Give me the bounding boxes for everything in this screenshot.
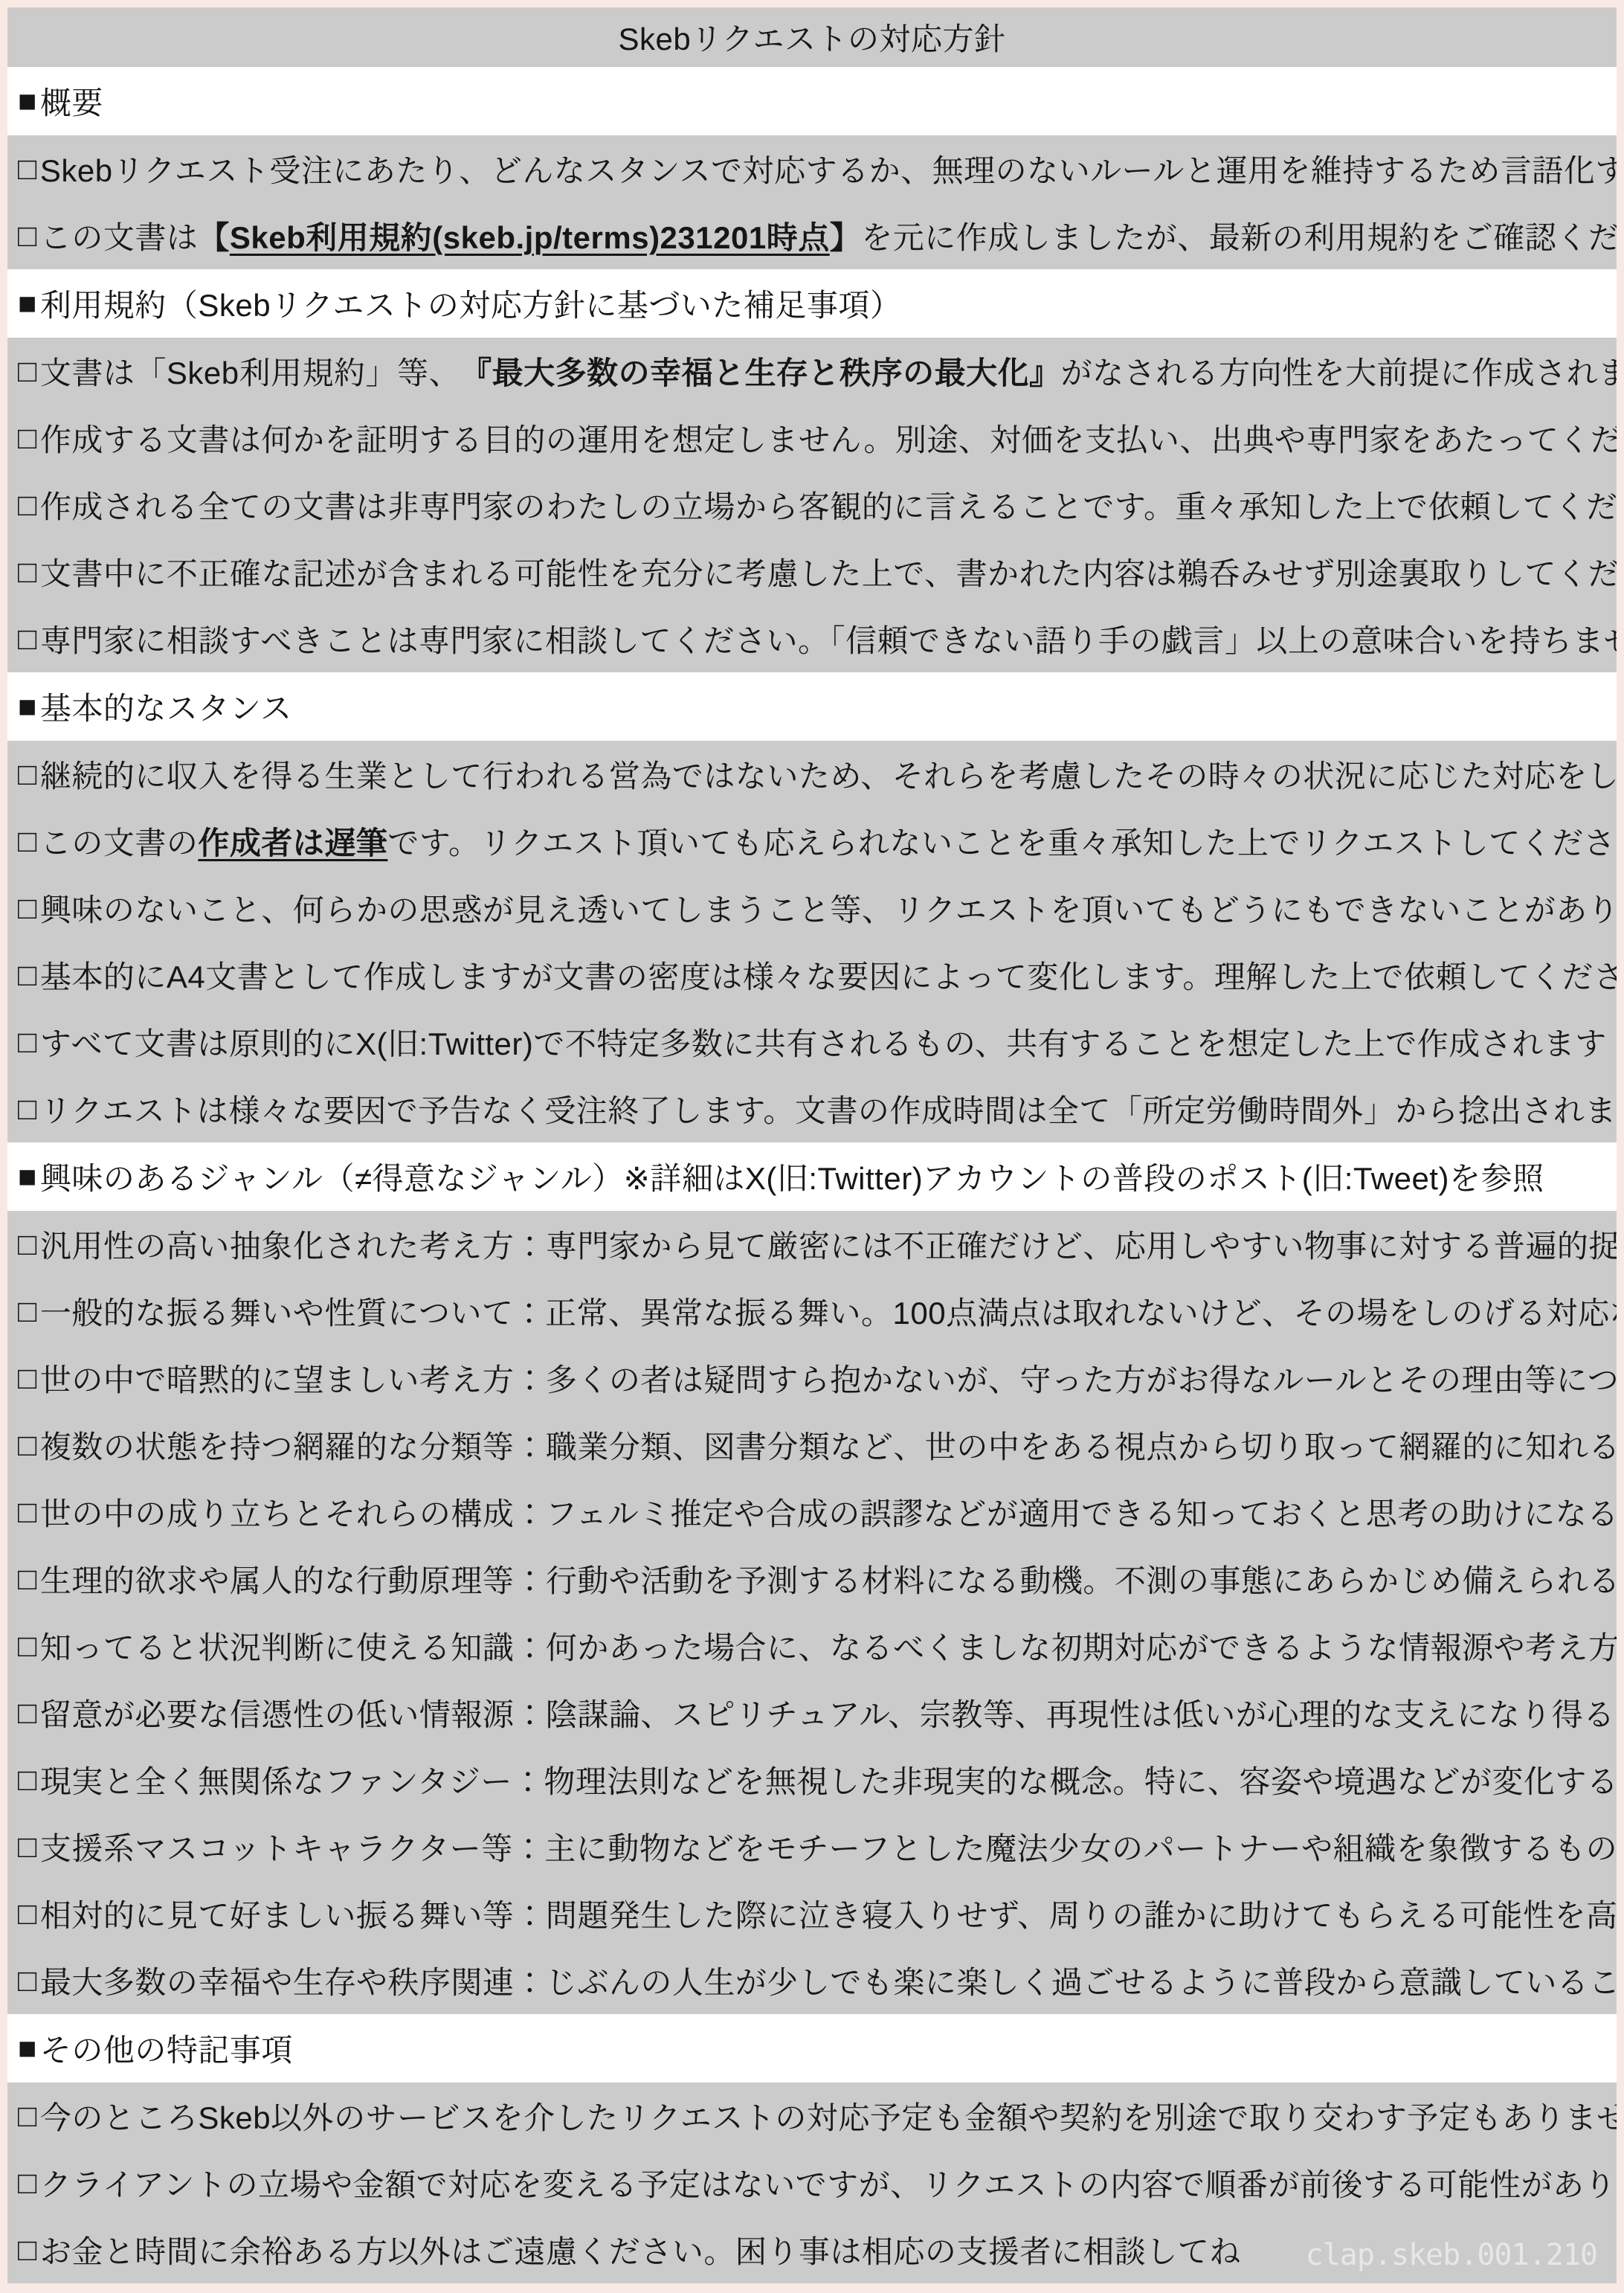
policy-item: □文書は「Skeb利用規約」等、『最大多数の幸福と生存と秩序の最大化』がなされる…	[7, 338, 1617, 405]
item-text: 最大多数の幸福や生存や秩序関連：じぶんの人生が少しでも楽に楽しく過ごせるように普…	[40, 1958, 1617, 2003]
checkbox-icon: □	[18, 2232, 37, 2268]
item-text: この文書の	[40, 819, 199, 864]
item-text: 文書は「Skeb利用規約」等、	[40, 349, 460, 393]
policy-item: □汎用性の高い抽象化された考え方：専門家から見て厳密には不正確だけど、応用しやす…	[7, 1211, 1617, 1278]
policy-item: □留意が必要な信憑性の低い情報源：陰謀論、スピリチュアル、宗教等、再現性は低いが…	[7, 1679, 1617, 1746]
item-text: 世の中で暗黙的に望ましい考え方：多くの者は疑問すら抱かないが、守った方がお得なル…	[40, 1356, 1617, 1400]
policy-item: □この文書は【Skeb利用規約(skeb.jp/terms)231201時点】を…	[7, 202, 1617, 269]
checkbox-icon: □	[18, 1427, 37, 1463]
policy-item: □知ってると状況判断に使える知識：何かあった場合に、なるべくましな初期対応ができ…	[7, 1612, 1617, 1679]
policy-item: □今のところSkeb以外のサービスを介したリクエストの対応予定も金額や契約を別途…	[7, 2083, 1617, 2149]
item-text: 今のところSkeb以外のサービスを介したリクエストの対応予定も金額や契約を別途で…	[40, 2094, 1617, 2138]
terms-link[interactable]: Skeb利用規約(skeb.jp/terms)231201時点	[230, 213, 830, 258]
checkbox-icon: □	[18, 1561, 37, 1597]
section-marker-icon: ■	[18, 83, 37, 119]
item-text: 『最大多数の幸福と生存と秩序の最大化』	[460, 349, 1061, 393]
checkbox-icon: □	[18, 353, 37, 389]
item-text: 生理的欲求や属人的な行動原理等：行動や活動を予測する材料になる動機。不測の事態に…	[40, 1557, 1617, 1601]
item-text: 相対的に見て好ましい振る舞い等：問題発生した際に泣き寝入りせず、周りの誰かに助け…	[40, 1891, 1617, 1936]
document-title-row: Skebリクエストの対応方針	[7, 7, 1617, 67]
checkbox-icon: □	[18, 487, 37, 523]
item-text: この文書は	[40, 213, 199, 258]
item-text: 複数の状態を持つ網羅的な分類等：職業分類、図書分類など、世の中をある視点から切り…	[40, 1423, 1617, 1467]
item-text: 作成者は遅筆	[198, 819, 387, 864]
checkbox-icon: □	[18, 420, 37, 456]
checkbox-icon: □	[18, 1896, 37, 1932]
document-title: Skebリクエストの対応方針	[618, 15, 1005, 60]
item-text: 一般的な振る舞いや性質について：正常、異常な振る舞い。100点満点は取れないけど…	[40, 1289, 1617, 1334]
policy-item: □最大多数の幸福や生存や秩序関連：じぶんの人生が少しでも楽に楽しく過ごせるように…	[7, 1947, 1617, 2014]
section-marker-icon: ■	[18, 286, 37, 321]
checkbox-icon: □	[18, 554, 37, 590]
section-header: ■概要	[7, 67, 1617, 135]
checkbox-icon: □	[18, 1024, 37, 1060]
checkbox-icon: □	[18, 823, 37, 859]
item-text: です。リクエスト頂いても応えられないことを重々承知した上でリクエストしてください	[387, 819, 1617, 864]
checkbox-icon: □	[18, 1293, 37, 1329]
section-header-label: 利用規約（Skebリクエストの対応方針に基づいた補足事項）	[40, 281, 902, 326]
policy-item: □興味のないこと、何らかの思惑が見え透いてしまうこと等、リクエストを頂いてもどう…	[7, 875, 1617, 942]
checkbox-icon: □	[18, 1360, 37, 1396]
section-marker-icon: ■	[18, 689, 37, 724]
section-header: ■その他の特記事項	[7, 2014, 1617, 2083]
policy-item: □すべて文書は原則的にX(旧:Twitter)で不特定多数に共有されるもの、共有…	[7, 1009, 1617, 1075]
policy-item: □生理的欲求や属人的な行動原理等：行動や活動を予測する材料になる動機。不測の事態…	[7, 1546, 1617, 1612]
item-text: 汎用性の高い抽象化された考え方：専門家から見て厳密には不正確だけど、応用しやすい…	[40, 1222, 1617, 1267]
item-text: 作成される全ての文書は非専門家のわたしの立場から客観的に言えることです。重々承知…	[40, 483, 1617, 527]
item-text: 文書中に不正確な記述が含まれる可能性を充分に考慮した上で、書かれた内容は鵜呑みせ…	[40, 550, 1617, 594]
checkbox-icon: □	[18, 151, 37, 187]
section-header-label: 基本的なスタンス	[40, 684, 292, 729]
checkbox-icon: □	[18, 1762, 37, 1798]
item-text: クライアントの立場や金額で対応を変える予定はないですが、リクエストの内容で順番が…	[40, 2161, 1617, 2205]
policy-item: □Skebリクエスト受注にあたり、どんなスタンスで対応するか、無理のないルールと…	[7, 135, 1617, 202]
policy-item: □複数の状態を持つ網羅的な分類等：職業分類、図書分類など、世の中をある視点から切…	[7, 1412, 1617, 1479]
section-header: ■興味のあるジャンル（≠得意なジャンル）※詳細はX(旧:Twitter)アカウン…	[7, 1142, 1617, 1211]
policy-item: □文書中に不正確な記述が含まれる可能性を充分に考慮した上で、書かれた内容は鵜呑み…	[7, 538, 1617, 605]
item-text: Skebリクエスト受注にあたり、どんなスタンスで対応するか、無理のないルールと運…	[40, 147, 1617, 191]
item-text: を元に作成しましたが、最新の利用規約をご確認ください	[861, 213, 1617, 258]
policy-item: □お金と時間に余裕ある方以外はご遠慮ください。困り事は相応の支援者に相談してね	[7, 2216, 1617, 2283]
policy-item: □相対的に見て好ましい振る舞い等：問題発生した際に泣き寝入りせず、周りの誰かに助…	[7, 1880, 1617, 1947]
item-text: 】	[830, 213, 862, 258]
section-header-label: その他の特記事項	[40, 2026, 293, 2071]
checkbox-icon: □	[18, 2098, 37, 2134]
checkbox-icon: □	[18, 957, 37, 993]
checkbox-icon: □	[18, 1695, 37, 1731]
policy-table: Skebリクエストの対応方針 ■概要□Skebリクエスト受注にあたり、どんなスタ…	[7, 7, 1617, 2293]
checkbox-icon: □	[18, 1829, 37, 1865]
section-header-label: 興味のあるジャンル（≠得意なジャンル）※詳細はX(旧:Twitter)アカウント…	[40, 1154, 1544, 1199]
item-text: 支援系マスコットキャラクター等：主に動物などをモチーフとした魔法少女のパートナー…	[40, 1824, 1617, 1869]
item-text: 専門家に相談すべきことは専門家に相談してください。「信頼できない語り手の戯言」以…	[40, 617, 1617, 661]
item-text: がなされる方向性を大前提に作成されます	[1061, 349, 1617, 393]
checkbox-icon: □	[18, 1091, 37, 1127]
item-text: リクエストは様々な要因で予告なく受注終了します。文書の作成時間は全て「所定労働時…	[40, 1087, 1617, 1131]
checkbox-icon: □	[18, 1963, 37, 1998]
item-text: 興味のないこと、何らかの思惑が見え透いてしまうこと等、リクエストを頂いてもどうに…	[40, 886, 1617, 930]
policy-item: □継続的に収入を得る生業として行われる営為ではないため、それらを考慮したその時々…	[7, 741, 1617, 808]
item-text: 知ってると状況判断に使える知識：何かあった場合に、なるべくましな初期対応ができる…	[40, 1624, 1617, 1668]
checkbox-icon: □	[18, 621, 37, 657]
item-text: 継続的に収入を得る生業として行われる営為ではないため、それらを考慮したその時々の…	[40, 752, 1617, 797]
item-text: お金と時間に余裕ある方以外はご遠慮ください。困り事は相応の支援者に相談してね	[40, 2228, 1241, 2272]
policy-item: □作成する文書は何かを証明する目的の運用を想定しません。別途、対価を支払い、出典…	[7, 405, 1617, 472]
item-text: 作成する文書は何かを証明する目的の運用を想定しません。別途、対価を支払い、出典や…	[40, 416, 1617, 460]
section-header: ■基本的なスタンス	[7, 672, 1617, 741]
policy-item: □現実と全く無関係なファンタジー：物理法則などを無視した非現実的な概念。特に、容…	[7, 1746, 1617, 1813]
policy-item: □世の中で暗黙的に望ましい考え方：多くの者は疑問すら抱かないが、守った方がお得な…	[7, 1345, 1617, 1412]
policy-item: □作成される全ての文書は非専門家のわたしの立場から客観的に言えることです。重々承…	[7, 472, 1617, 538]
item-text: 留意が必要な信憑性の低い情報源：陰謀論、スピリチュアル、宗教等、再現性は低いが心…	[40, 1691, 1617, 1735]
policy-item: □この文書の作成者は遅筆です。リクエスト頂いても応えられないことを重々承知した上…	[7, 808, 1617, 875]
checkbox-icon: □	[18, 1226, 37, 1262]
policy-item: □リクエストは様々な要因で予告なく受注終了します。文書の作成時間は全て「所定労働…	[7, 1075, 1617, 1142]
checkbox-icon: □	[18, 1494, 37, 1530]
checkbox-icon: □	[18, 756, 37, 792]
checkbox-icon: □	[18, 890, 37, 926]
section-header-label: 概要	[40, 79, 103, 123]
policy-item: □世の中の成り立ちとそれらの構成：フェルミ推定や合成の誤謬などが適用できる知って…	[7, 1479, 1617, 1546]
section-marker-icon: ■	[18, 2030, 37, 2066]
item-text: 【	[198, 213, 230, 258]
policy-item: □支援系マスコットキャラクター等：主に動物などをモチーフとした魔法少女のパートナ…	[7, 1813, 1617, 1880]
policy-item: □クライアントの立場や金額で対応を変える予定はないですが、リクエストの内容で順番…	[7, 2149, 1617, 2216]
item-text: 世の中の成り立ちとそれらの構成：フェルミ推定や合成の誤謬などが適用できる知ってお…	[40, 1490, 1617, 1534]
policy-item: □基本的にA4文書として作成しますが文書の密度は様々な要因によって変化します。理…	[7, 942, 1617, 1009]
section-header: ■利用規約（Skebリクエストの対応方針に基づいた補足事項）	[7, 269, 1617, 338]
item-text: すべて文書は原則的にX(旧:Twitter)で不特定多数に共有されるもの、共有す…	[40, 1020, 1607, 1064]
checkbox-icon: □	[18, 218, 37, 254]
section-marker-icon: ■	[18, 1159, 37, 1194]
item-text: 現実と全く無関係なファンタジー：物理法則などを無視した非現実的な概念。特に、容姿…	[40, 1757, 1617, 1802]
policy-item: □一般的な振る舞いや性質について：正常、異常な振る舞い。100点満点は取れないけ…	[7, 1278, 1617, 1345]
item-text: 基本的にA4文書として作成しますが文書の密度は様々な要因によって変化します。理解…	[40, 953, 1617, 997]
policy-item: □専門家に相談すべきことは専門家に相談してください。「信頼できない語り手の戯言」…	[7, 605, 1617, 672]
checkbox-icon: □	[18, 2165, 37, 2201]
checkbox-icon: □	[18, 1628, 37, 1664]
